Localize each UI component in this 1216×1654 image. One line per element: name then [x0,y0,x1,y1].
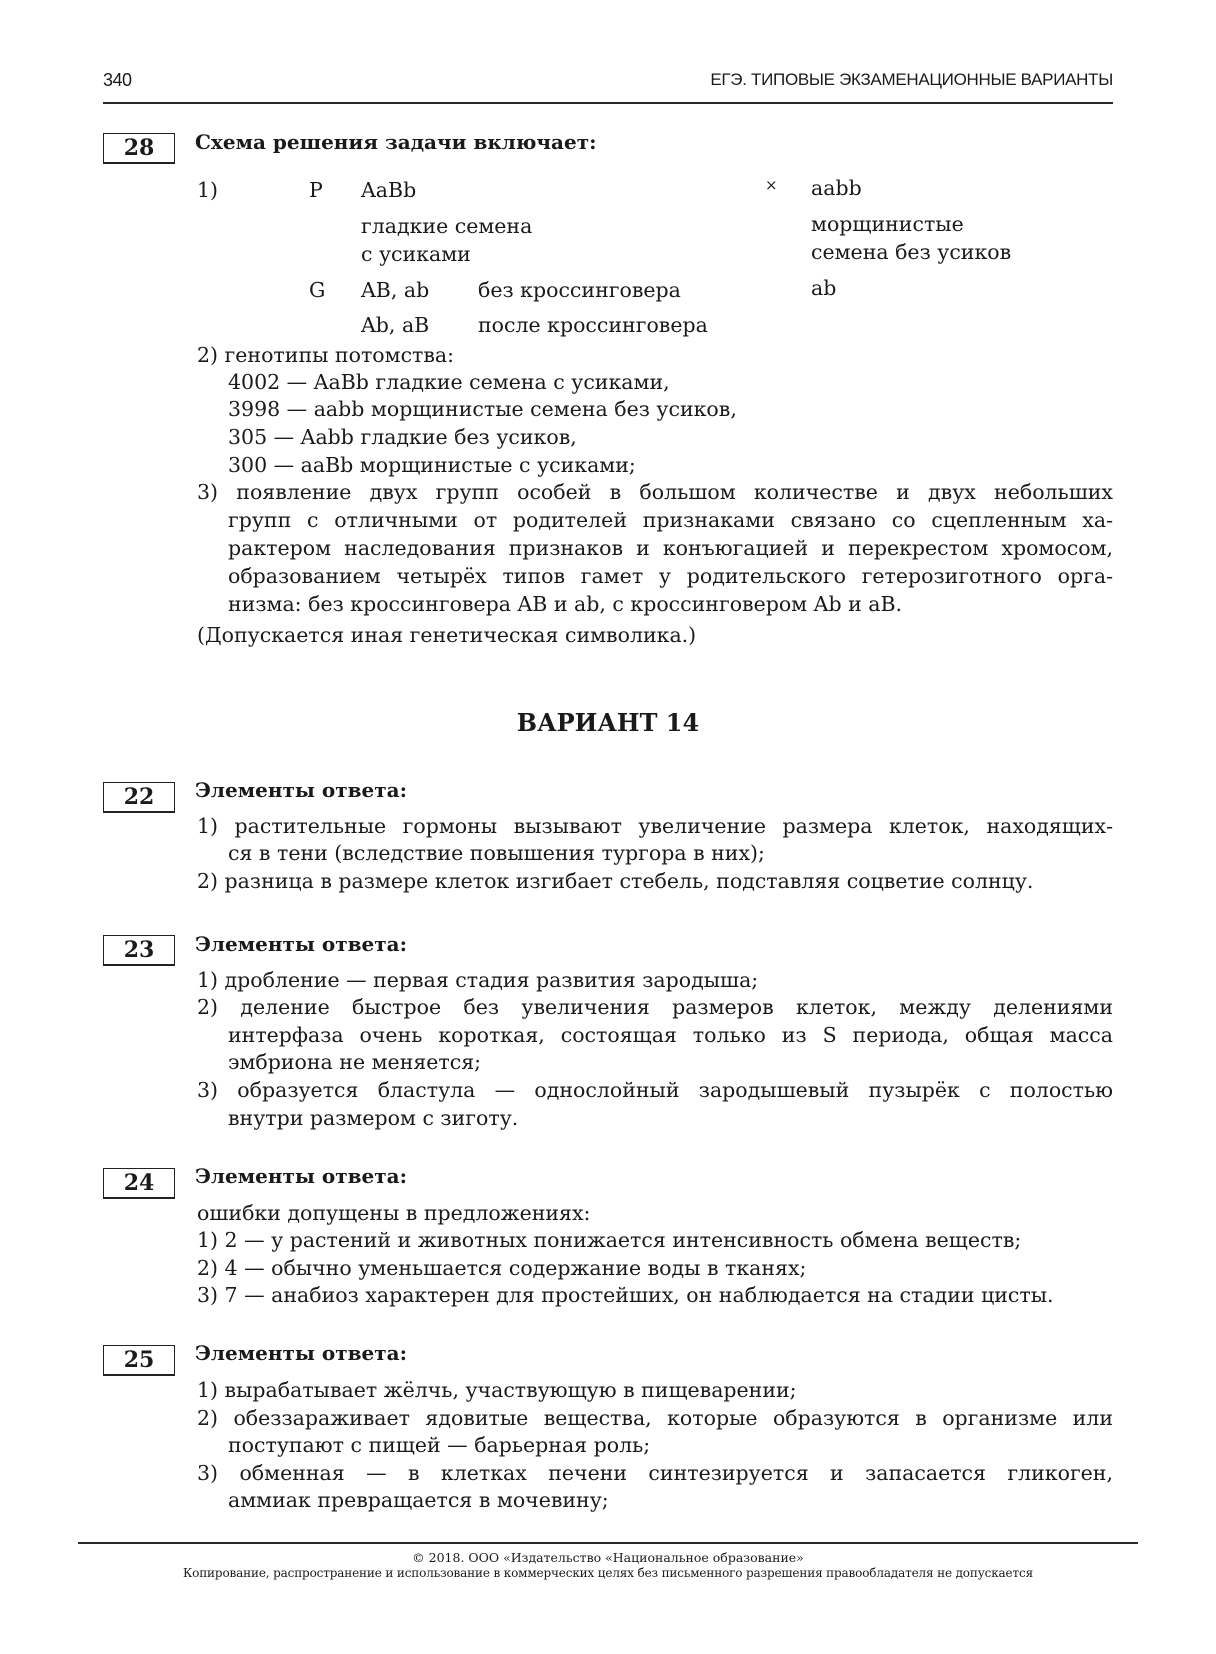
task-number-24: 24 [103,1168,175,1199]
task-22-title: Элементы ответа: [195,778,407,802]
text-line: 2) деление быстрое без увеличения размер… [197,995,1113,1019]
text-line: ся в тени (вследствие повышения тургора … [228,841,765,865]
text-line: 3) образуется бластула — однослойный зар… [197,1078,1113,1102]
text-line: 1) вырабатывает жёлчь, участвующую в пищ… [197,1378,797,1402]
text-line: 305 — Aabb гладкие без усиков, [228,425,577,449]
running-title: ЕГЭ. ТИПОВЫЕ ЭКЗАМЕНАЦИОННЫЕ ВАРИАНТЫ [710,70,1113,90]
parent1-phenotype-1: гладкие семена [361,214,532,238]
footer-notice: Копирование, распространение и использов… [0,1566,1216,1580]
offspring-title: 2) генотипы потомства: [197,343,454,367]
text-line: эмбриона не меняется; [228,1050,481,1074]
task-23-title: Элементы ответа: [195,932,407,956]
running-header: 340 ЕГЭ. ТИПОВЫЕ ЭКЗАМЕНАЦИОННЫЕ ВАРИАНТ… [103,70,1113,104]
parent2-phenotype-2: семена без усиков [811,240,1011,264]
gametes-no-crossover: AB, ab [361,278,429,302]
text-line: 2) обеззараживает ядовитые вещества, кот… [197,1406,1113,1430]
task-number-28: 28 [103,133,175,164]
parent1-genotype: AaBb [361,178,416,202]
symbolics-note: (Допускается иная генетическая символика… [197,623,696,647]
text-line: 300 — aaBb морщинистые с усиками; [228,453,636,477]
text-line: ошибки допущены в предложениях: [197,1201,590,1225]
parent2-phenotype-1: морщинистые [811,212,964,236]
task-number-22: 22 [103,782,175,813]
text-line: 3) 7 — анабиоз характерен для простейших… [197,1283,1054,1307]
task-number-23: 23 [103,935,175,966]
task-28-title: Схема решения задачи включает: [195,130,597,154]
gametes-crossover-note: после кроссинговера [478,313,708,337]
text-line: 2) 4 — обычно уменьшается содержание вод… [197,1256,806,1280]
text-line: 3) появление двух групп особей в большом… [197,480,1113,504]
parent2-genotype: aabb [811,176,862,200]
text-line: групп с отличными от родителей признакам… [228,508,1113,532]
gametes-crossover: Ab, aB [361,313,429,337]
gametes-no-crossover-note: без кроссинговера [478,278,681,302]
text-line: образованием четырёх типов гамет у родит… [228,564,1113,588]
text-line: 1) 2 — у растений и животных понижается … [197,1228,1021,1252]
text-line: 1) дробление — первая стадия развития за… [197,968,758,992]
text-line: 3) обменная — в клетках печени синтезиру… [197,1461,1113,1485]
footer-copyright: © 2018. ООО «Издательство «Национальное … [0,1550,1216,1565]
page-number: 340 [103,70,132,91]
footer-divider [78,1542,1138,1544]
variant-heading: ВАРИАНТ 14 [0,708,1216,737]
text-line: низма: без кроссинговера AB и ab, с крос… [228,592,902,616]
task-number-25: 25 [103,1345,175,1376]
p-label: P [309,178,323,202]
task-24-title: Элементы ответа: [195,1164,407,1188]
parent1-phenotype-2: с усиками [361,242,471,266]
parent2-gametes: ab [811,276,836,300]
text-line: поступают с пищей — барьерная роль; [228,1433,650,1457]
text-line: 1) растительные гормоны вызывают увеличе… [197,814,1113,838]
cross-sign: × [765,176,778,194]
text-line: 2) разница в размере клеток изгибает сте… [197,869,1033,893]
text-line: 4002 — AaBb гладкие семена с усиками, [228,370,670,394]
text-line: интерфаза очень короткая, состоящая толь… [228,1023,1113,1047]
text-line: аммиак превращается в мочевину; [228,1488,609,1512]
task-25-title: Элементы ответа: [195,1341,407,1365]
scheme-item-1: 1) [197,178,218,202]
text-line: рактером наследования признаков и конъюг… [228,536,1113,560]
text-line: внутри размером с зиготу. [228,1106,518,1130]
g-label: G [309,278,325,302]
text-line: 3998 — aabb морщинистые семена без усико… [228,397,737,421]
